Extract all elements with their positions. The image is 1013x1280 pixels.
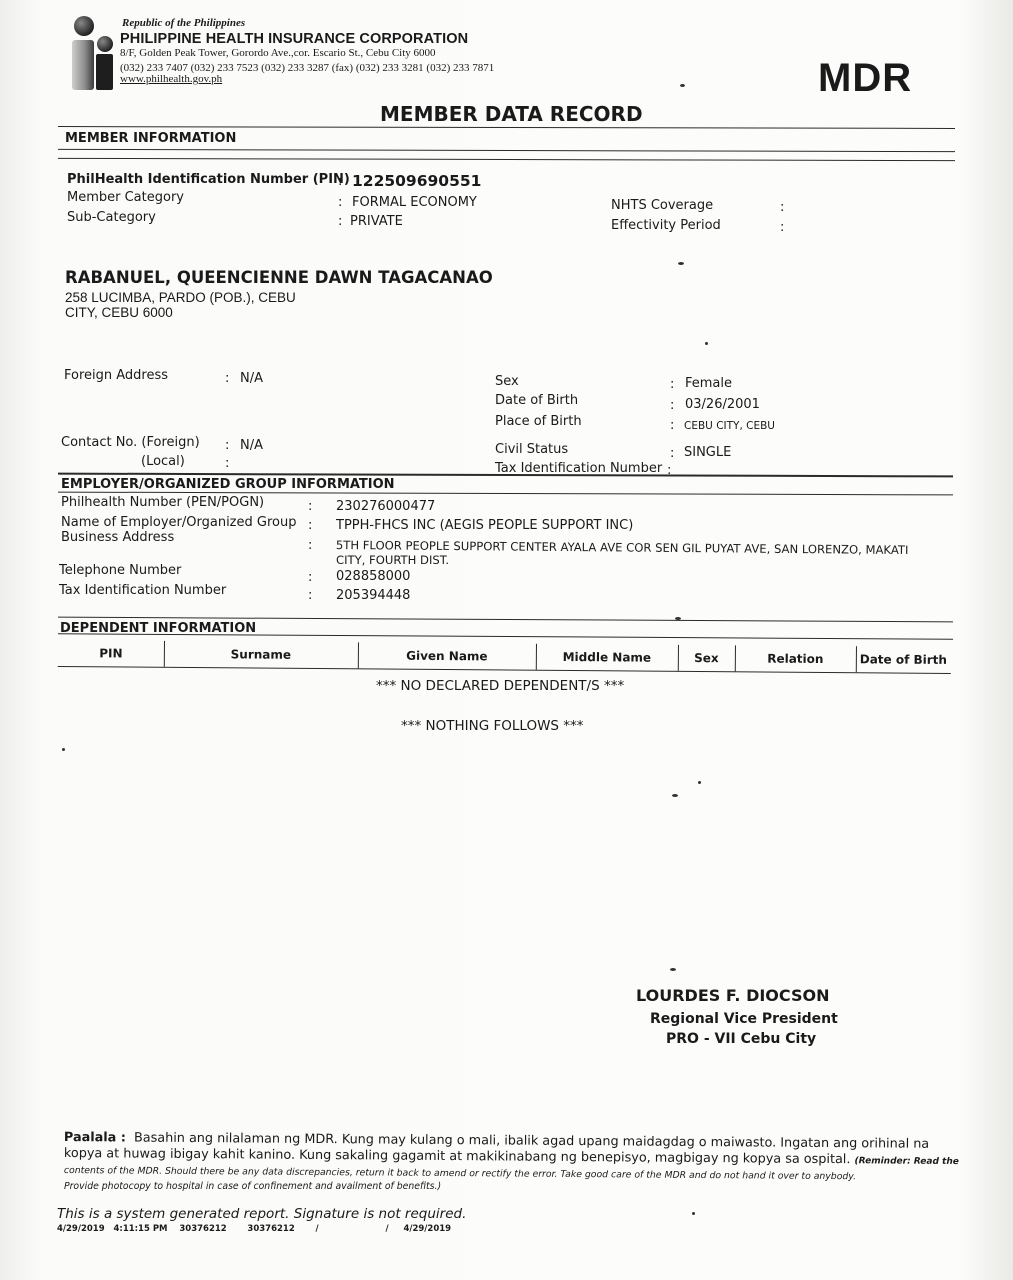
foreign-address-label: Foreign Address (64, 368, 168, 383)
nhts-coverage-label: NHTS Coverage (611, 198, 713, 213)
dependents-table-header: PINSurnameGiven NameMiddle NameSexRelati… (58, 640, 951, 677)
colon: : (338, 214, 342, 229)
dob-value: 03/26/2001 (685, 397, 760, 412)
telephone-label: Telephone Number (59, 563, 181, 578)
colon: : (225, 371, 229, 386)
member-address-line2: CITY, CEBU 6000 (65, 305, 173, 320)
member-address-line1: 258 LUCIMBA, PARDO (POB.), CEBU (65, 290, 296, 305)
column-header: Given Name (358, 642, 536, 671)
business-address-label: Business Address (61, 530, 174, 545)
pen-label: Philhealth Number (PEN/POGN) (61, 495, 264, 510)
sex-value: Female (685, 376, 732, 391)
corporation-name: PHILIPPINE HEALTH INSURANCE CORPORATION (120, 31, 468, 47)
system-generated-note: This is a system generated report. Signa… (57, 1206, 466, 1222)
colon: : (670, 377, 674, 392)
civil-status-label: Civil Status (495, 442, 568, 457)
employer-name-value: TPPH-FHCS INC (AEGIS PEOPLE SUPPORT INC) (336, 518, 633, 533)
scan-speck (675, 617, 681, 620)
contact-foreign-label: Contact No. (Foreign) (61, 435, 200, 450)
nothing-follows-message: *** NOTHING FOLLOWS *** (401, 718, 584, 734)
scan-speck (698, 781, 701, 784)
document-page: Republic of the Philippines PHILIPPINE H… (0, 0, 1013, 1280)
colon: : (225, 456, 229, 471)
member-category-value: FORMAL ECONOMY (352, 195, 477, 210)
foreign-address-value: N/A (240, 371, 263, 386)
divider (58, 158, 955, 161)
employer-tin-label: Tax Identification Number (59, 583, 226, 598)
column-header: PIN (58, 640, 164, 669)
scan-speck (680, 84, 685, 87)
contact-foreign-value: N/A (240, 438, 263, 453)
effectivity-period-label: Effectivity Period (611, 218, 721, 233)
employer-name-label: Name of Employer/Organized Group (61, 515, 296, 530)
sex-label: Sex (495, 374, 519, 389)
stamp-date: 4/29/2019 (57, 1224, 105, 1234)
sub-category-value: PRIVATE (350, 214, 403, 229)
philhealth-logo-icon (70, 16, 120, 92)
colon: : (670, 446, 674, 461)
colon: : (308, 518, 312, 533)
business-address-line2: CITY, FOURTH DIST. (336, 553, 449, 567)
colon: : (670, 398, 674, 413)
stamp-id-2: 30376212 (247, 1224, 294, 1234)
scan-speck (678, 262, 684, 265)
column-header: Middle Name (536, 644, 678, 673)
stamp-separator: / (386, 1224, 389, 1234)
colon: : (308, 588, 312, 603)
reminder-english-start: (Reminder: Read the (854, 1156, 958, 1167)
signatory-title: Regional Vice President (650, 1011, 838, 1027)
reminder-english-line-1: contents of the MDR. Should there be any… (64, 1165, 856, 1182)
scan-speck (692, 1212, 695, 1215)
dependents-table: PINSurnameGiven NameMiddle NameSexRelati… (58, 640, 951, 682)
section-title-employer-information: EMPLOYER/ORGANIZED GROUP INFORMATION (61, 477, 395, 492)
sub-category-label: Sub-Category (67, 210, 156, 225)
signatory-name: LOURDES F. DIOCSON (636, 986, 829, 1005)
divider (58, 149, 955, 152)
page-title: MEMBER DATA RECORD (380, 102, 643, 126)
member-name: RABANUEL, QUEENCIENNE DAWN TAGACANAO (65, 268, 493, 287)
pob-value: CEBU CITY, CEBU (684, 420, 775, 432)
telephone-value: 028858000 (336, 569, 410, 584)
document-code: MDR (818, 56, 912, 101)
colon: : (780, 220, 784, 235)
contact-local-label: (Local) (141, 454, 185, 469)
divider (58, 126, 955, 129)
member-category-label: Member Category (67, 190, 184, 205)
stamp-date-2: 4/29/2019 (403, 1224, 451, 1234)
republic-label: Republic of the Philippines (122, 17, 245, 29)
colon: : (670, 418, 674, 433)
employer-tin-value: 205394448 (336, 588, 410, 603)
scan-speck (670, 968, 676, 971)
website-link[interactable]: www.philhealth.gov.ph (120, 73, 222, 85)
pob-label: Place of Birth (495, 414, 582, 429)
dob-label: Date of Birth (495, 393, 578, 408)
pin-label: PhilHealth Identification Number (PIN) (67, 172, 350, 187)
no-dependents-message: *** NO DECLARED DEPENDENT/S *** (376, 678, 624, 694)
column-header: Relation (735, 645, 856, 674)
reminder-label: Paalala : (64, 1130, 126, 1145)
column-header: Sex (678, 645, 735, 673)
stamp-time: 4:11:15 PM (114, 1224, 168, 1234)
stamp-separator: / (315, 1224, 318, 1234)
print-stamp: 4/29/2019 4:11:15 PM 30376212 30376212 /… (57, 1224, 451, 1234)
scan-speck (672, 794, 678, 797)
corporation-address: 8/F, Golden Peak Tower, Gorordo Ave.,cor… (120, 47, 436, 59)
colon: : (308, 570, 312, 585)
divider (58, 633, 953, 639)
colon: : (780, 200, 784, 215)
scan-speck (705, 342, 708, 345)
column-header: Date of Birth (856, 646, 951, 675)
pen-value: 230276000477 (336, 499, 435, 514)
colon: : (308, 499, 312, 514)
civil-status-value: SINGLE (684, 445, 731, 460)
scan-speck (62, 748, 65, 751)
reminder-english-line-2: Provide photocopy to hospital in case of… (64, 1181, 441, 1192)
signatory-office: PRO - VII Cebu City (666, 1031, 816, 1047)
section-title-member-information: MEMBER INFORMATION (65, 131, 236, 146)
colon: : (338, 174, 342, 189)
column-header: Surname (164, 641, 358, 671)
colon: : (308, 538, 312, 553)
pin-value: 122509690551 (352, 172, 481, 190)
stamp-id-1: 30376212 (179, 1224, 226, 1234)
colon: : (225, 438, 229, 453)
colon: : (338, 195, 342, 210)
